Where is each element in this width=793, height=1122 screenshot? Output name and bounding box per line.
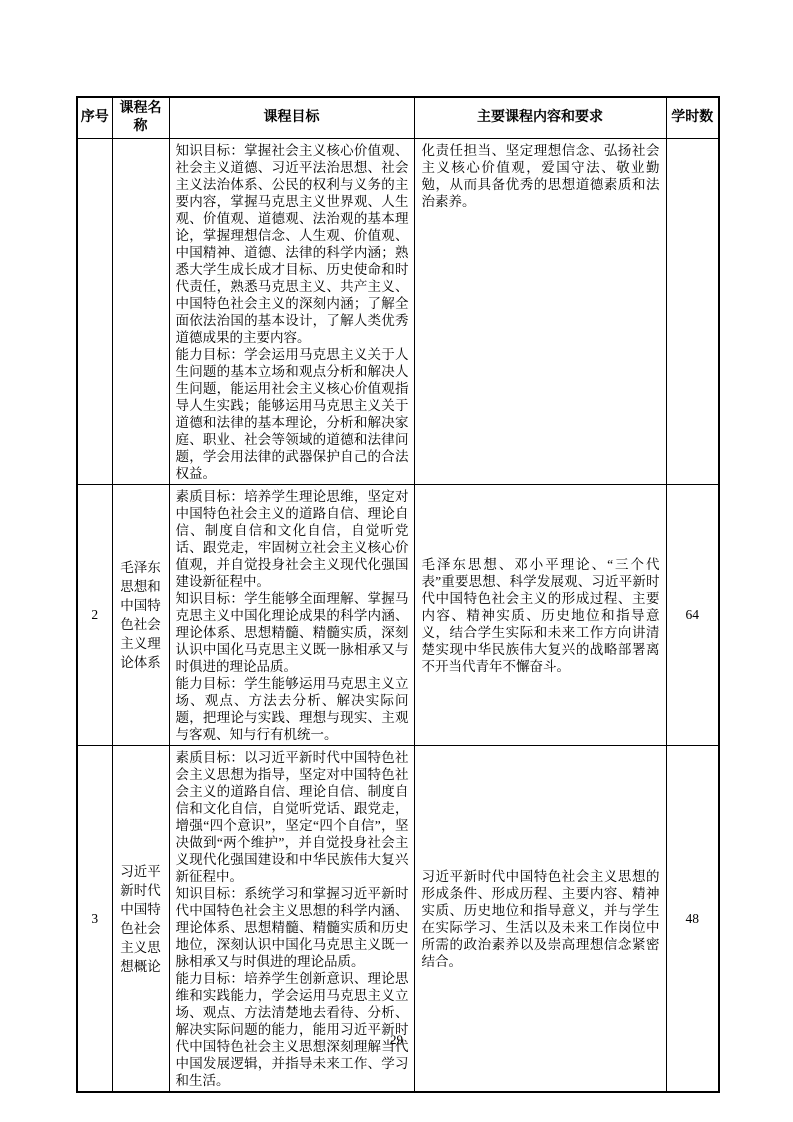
table-row-continued: 知识目标：掌握社会主义核心价值观、社会主义道德、习近平法治思想、社会主义法治体系… [77,139,719,485]
content-cell: 化责任担当、坚定理想信念、弘扬社会主义核心价值观，爱国守法、敬业勤勉，从而具备优… [414,139,666,485]
course-objectives-table: 序号 课程名称 课程目标 主要课程内容和要求 学时数 知识目标：掌握社会主义核心… [76,96,720,1093]
seq-cell [77,139,112,485]
header-cell-hours: 学时数 [666,97,719,139]
objectives-knowledge-paragraph: 知识目标：系统学习和掌握习近平新时代中国特色社会主义思想的科学内涵、理论体系、思… [176,885,409,970]
seq-cell: 2 [77,485,112,746]
objectives-knowledge-paragraph: 知识目标：学生能够全面理解、掌握马克思主义中国化理论成果的科学内涵、理论体系、思… [176,590,409,675]
course-name-cell: 毛泽东思想和中国特色社会主义理论体系 [112,485,169,746]
course-name-cell [112,139,169,485]
objectives-ability-paragraph: 能力目标：学会运用马克思主义关于人生问题的基本立场和观点分析和解决人生问题，能运… [176,346,409,482]
page-number: 29 [0,1032,793,1048]
objectives-cell: 素质目标：培养学生理论思维，坚定对中国特色社会主义的道路自信、理论自信、制度自信… [169,485,414,746]
content-cell: 毛泽东思想、邓小平理论、“三个代表”重要思想、科学发展观、习近平新时代中国特色社… [414,485,666,746]
hours-cell: 64 [666,485,719,746]
content-paragraph: 化责任担当、坚定理想信念、弘扬社会主义核心价值观，爱国守法、敬业勤勉，从而具备优… [422,142,660,210]
content-paragraph: 毛泽东思想、邓小平理论、“三个代表”重要思想、科学发展观、习近平新时代中国特色社… [422,556,660,675]
table-row-mao-thought: 2 毛泽东思想和中国特色社会主义理论体系 素质目标：培养学生理论思维，坚定对中国… [77,485,719,746]
objectives-ability-paragraph: 能力目标：学生能够运用马克思主义立场、观点、方法去分析、解决实际问题，把理论与实… [176,675,409,743]
table-header-row: 序号 课程名称 课程目标 主要课程内容和要求 学时数 [77,97,719,139]
header-cell-course-name: 课程名称 [112,97,169,139]
objectives-quality-paragraph: 素质目标：以习近平新时代中国特色社会主义思想为指导，坚定对中国特色社会主义的道路… [176,749,409,885]
header-cell-seq: 序号 [77,97,112,139]
objectives-cell: 知识目标：掌握社会主义核心价值观、社会主义道德、习近平法治思想、社会主义法治体系… [169,139,414,485]
content-paragraph: 习近平新时代中国特色社会主义思想的形成条件、形成历程、主要内容、精神实质、历史地… [422,868,660,970]
objectives-ability-paragraph: 能力目标：培养学生创新意识、理论思维和实践能力，学会运用马克思主义立场、观点、方… [176,970,409,1089]
objectives-quality-paragraph: 素质目标：培养学生理论思维，坚定对中国特色社会主义的道路自信、理论自信、制度自信… [176,488,409,590]
hours-cell [666,139,719,485]
header-cell-content: 主要课程内容和要求 [414,97,666,139]
document-page: 序号 课程名称 课程目标 主要课程内容和要求 学时数 知识目标：掌握社会主义核心… [0,0,793,1122]
header-cell-objectives: 课程目标 [169,97,414,139]
objectives-knowledge-paragraph: 知识目标：掌握社会主义核心价值观、社会主义道德、习近平法治思想、社会主义法治体系… [176,142,409,346]
